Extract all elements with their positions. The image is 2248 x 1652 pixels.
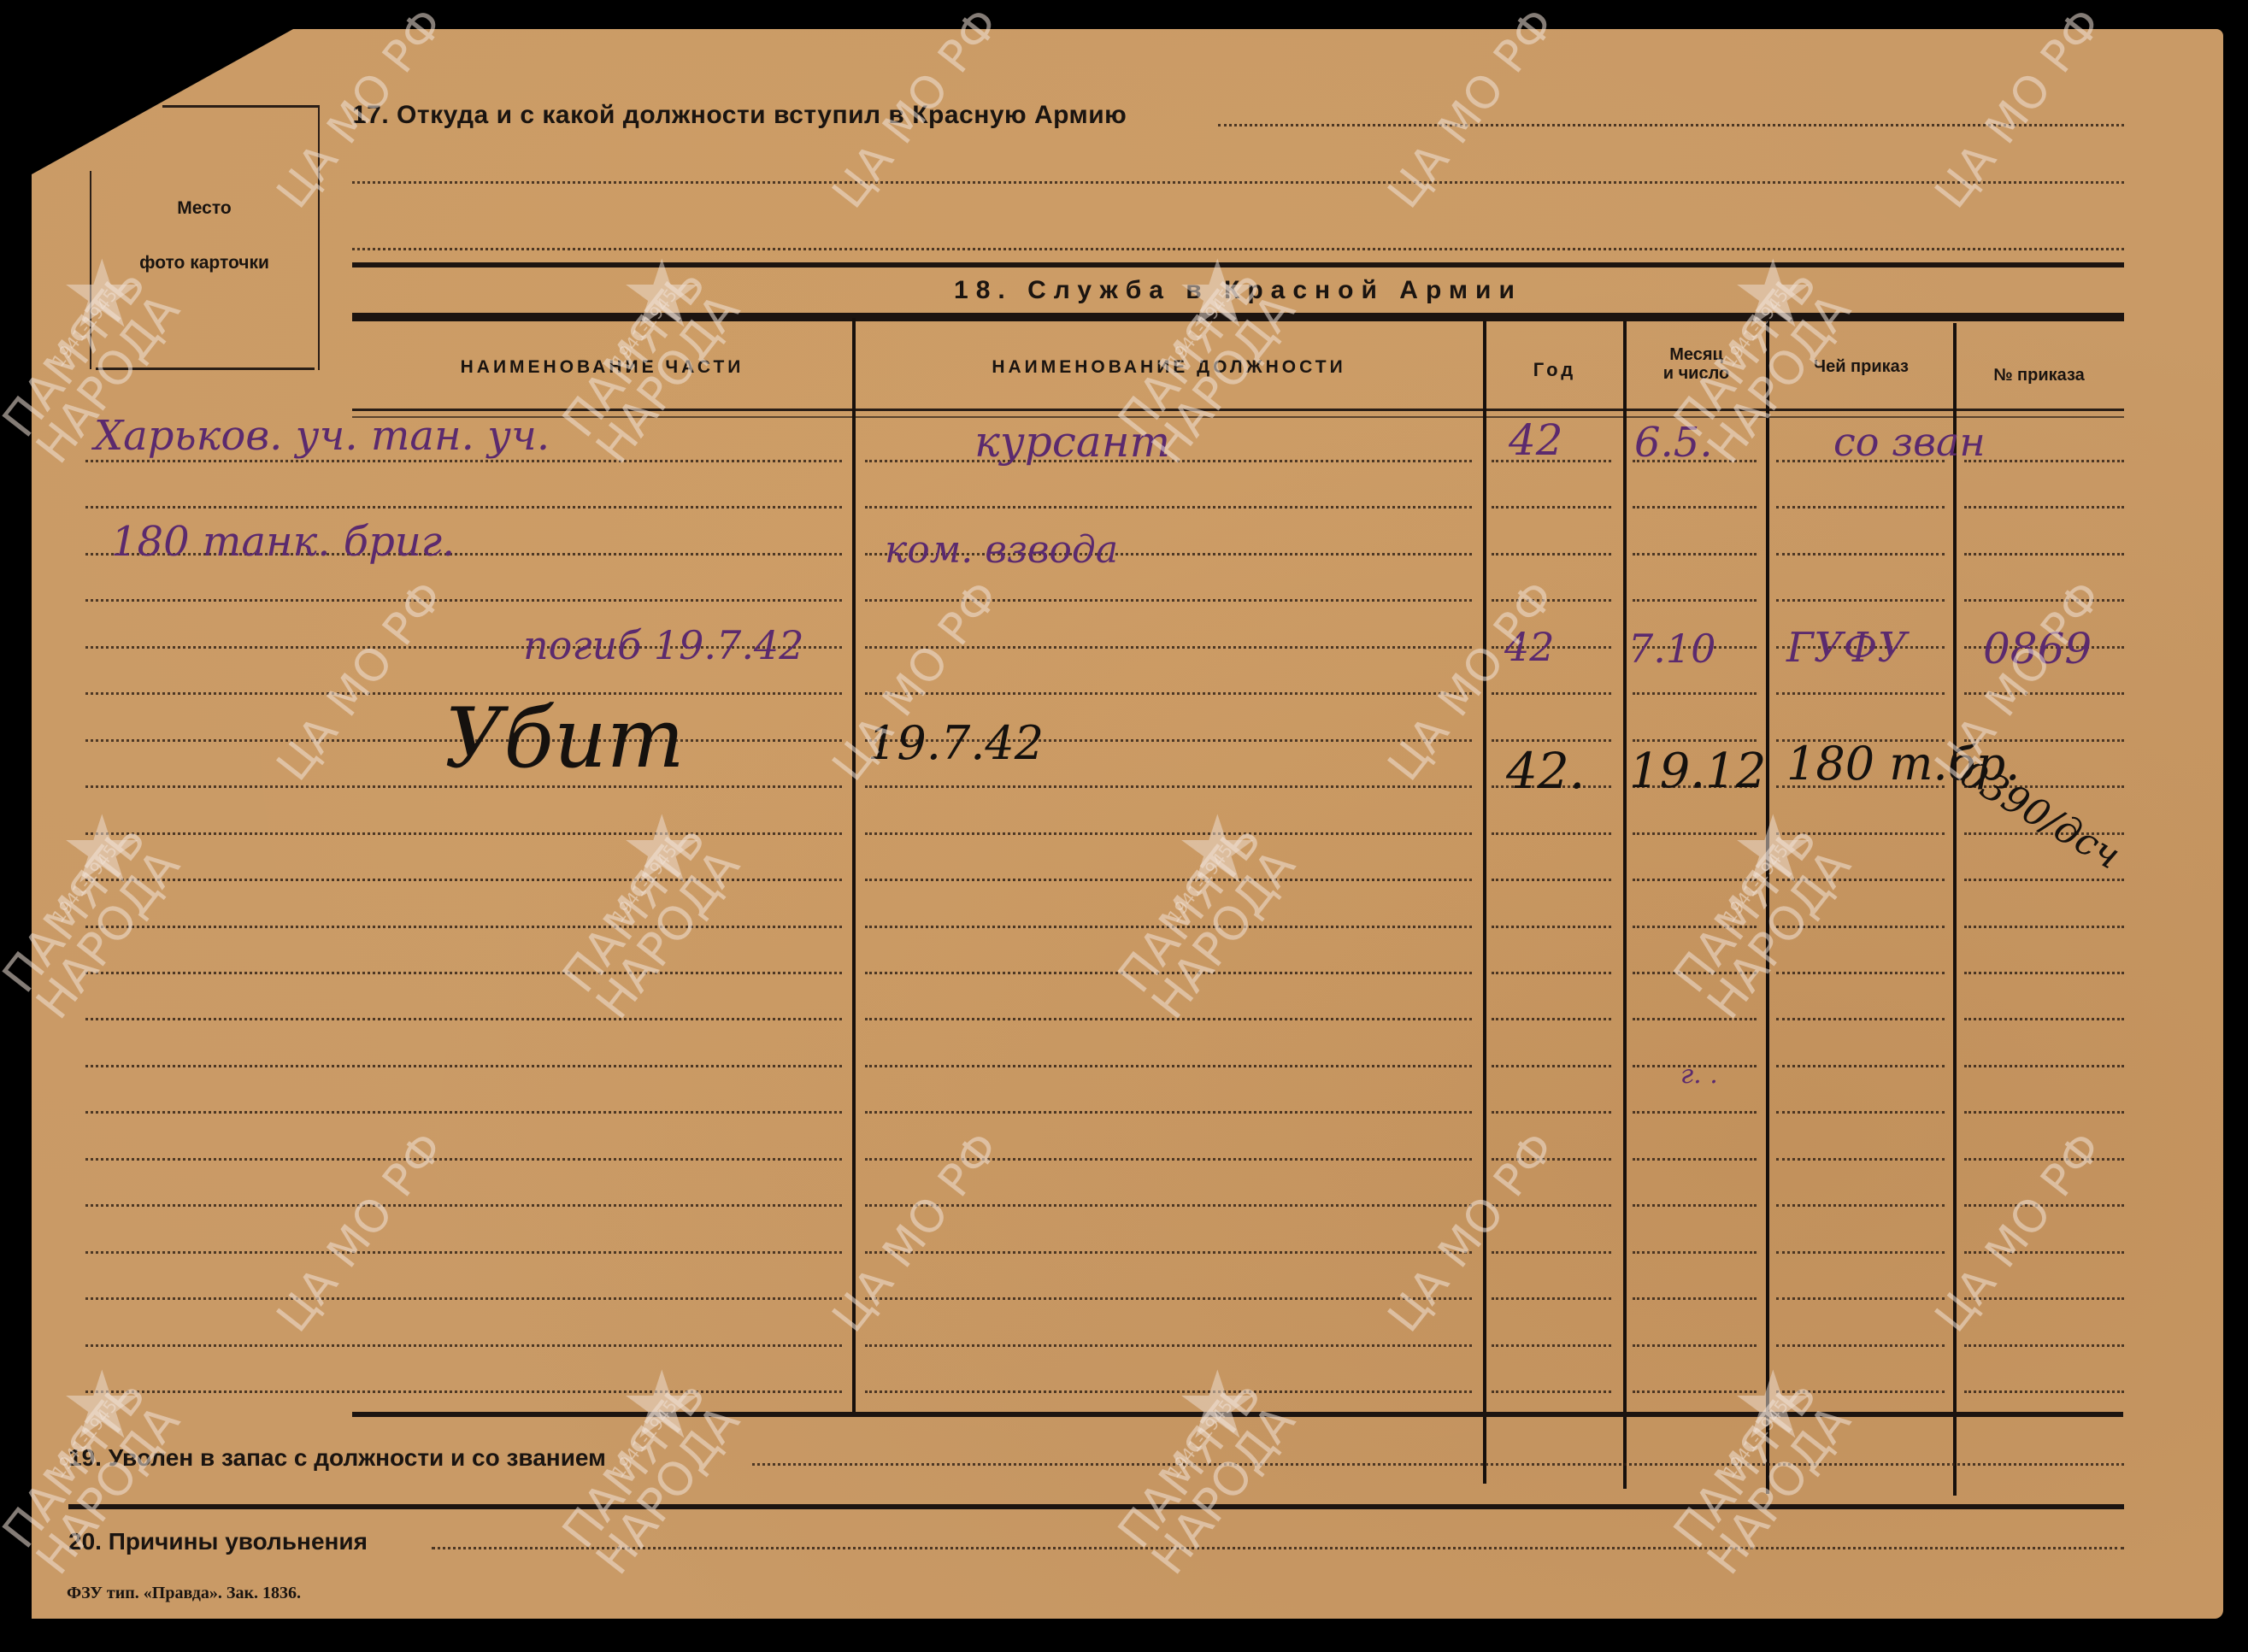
item19-label: 19. Уволен в запас с должности и со зван… (68, 1444, 606, 1472)
row-dotted-line (85, 972, 842, 974)
column-header-unit: НАИМЕНОВАНИЕ ЧАСТИ (352, 357, 852, 378)
row-dotted-line (1492, 506, 1611, 509)
row-dotted-line (1776, 1111, 1945, 1114)
column-header-year: Год (1486, 359, 1624, 381)
column-header-position: НАИМЕНОВАНИЕ ДОЛЖНОСТИ (855, 357, 1483, 378)
item17-fill-line-3 (352, 248, 2124, 250)
row-dotted-line (1776, 1204, 1945, 1207)
row-dotted-line (1964, 1158, 2124, 1161)
row-dotted-line (1776, 692, 1945, 695)
row3-order-no: 0869 (1983, 624, 2092, 673)
item17-fill-line-1 (1218, 124, 2124, 126)
row-dotted-line (1964, 553, 2124, 556)
row-dotted-line (1633, 692, 1757, 695)
row-dotted-line (1964, 1204, 2124, 1207)
item19-bottom-rule (68, 1504, 2124, 1509)
row-dotted-line (1492, 692, 1611, 695)
item19-fill-line (752, 1463, 2124, 1466)
row-dotted-line (1776, 1390, 1945, 1393)
row-dotted-line (1492, 599, 1611, 602)
row-dotted-line (1492, 926, 1611, 928)
row-dotted-line (1776, 972, 1945, 974)
row-dotted-line (85, 460, 842, 462)
row-dotted-line (865, 785, 1472, 788)
row-dotted-line (1776, 553, 1945, 556)
row-dotted-line (1776, 832, 1945, 835)
column-header-order-no: № приказа (1956, 366, 2122, 385)
photo-box-right-line (318, 105, 320, 370)
row-dotted-line (865, 1297, 1472, 1300)
row-dotted-line (1492, 832, 1611, 835)
row-dotted-line (865, 506, 1472, 509)
row-dotted-line (85, 879, 842, 881)
column-divider-3 (1623, 321, 1627, 1489)
photo-box-top-line (162, 105, 318, 108)
column-divider-1 (852, 318, 856, 1412)
row-dotted-line (85, 1344, 842, 1347)
row-dotted-line (1964, 972, 2124, 974)
printer-imprint: ФЗУ тип. «Правда». Зак. 1836. (67, 1584, 301, 1603)
row-dotted-line (1964, 1390, 2124, 1393)
row1-order-by: со зван (1833, 419, 1986, 465)
header-bottom-rule-2 (352, 416, 2124, 418)
row-dotted-line (85, 1297, 842, 1300)
item18-header-rule (352, 313, 2124, 321)
row3-date: 7.10 (1628, 626, 1715, 672)
row-dotted-line (1492, 1297, 1611, 1300)
row-dotted-line (1492, 1018, 1611, 1020)
item17-fill-line-2 (352, 181, 2124, 184)
row-dotted-line (85, 1158, 842, 1161)
row-dotted-line (85, 1018, 842, 1020)
row-dotted-line (1776, 1158, 1945, 1161)
column-header-month-line2: и число (1626, 364, 1767, 383)
row-dotted-line (1633, 506, 1757, 509)
row-dotted-line (1776, 599, 1945, 602)
row-dotted-line (1964, 1018, 2124, 1020)
row-dotted-line (85, 832, 842, 835)
row-dotted-line (85, 1251, 842, 1254)
row-dotted-line (85, 1111, 842, 1114)
row-dotted-line (85, 1204, 842, 1207)
row-dotted-line (1776, 1297, 1945, 1300)
row-dotted-line (85, 506, 842, 509)
row-dotted-line (865, 1111, 1472, 1114)
photo-box-label-line1: Место (90, 198, 319, 219)
column-header-order-by: Чей приказ (1769, 357, 1953, 376)
row-dotted-line (1633, 832, 1757, 835)
row-dotted-line (865, 1204, 1472, 1207)
row-dotted-line (1964, 1297, 2124, 1300)
row-dotted-line (85, 926, 842, 928)
row-dotted-line (1964, 1251, 2124, 1254)
row-dotted-line (1776, 879, 1945, 881)
row-dotted-line (865, 1018, 1472, 1020)
row-dotted-line (1964, 879, 2124, 881)
row-dotted-line (1492, 1065, 1611, 1067)
row-dotted-line (1964, 460, 2124, 462)
row-dotted-line (1492, 1111, 1611, 1114)
row1-year: 42 (1509, 415, 1563, 465)
row-dotted-line (865, 692, 1472, 695)
row-dotted-line (1776, 1018, 1945, 1020)
row4-date: 19.12 (1629, 744, 1766, 799)
row4-year: 42. (1506, 742, 1585, 800)
row-dotted-line (865, 1390, 1472, 1393)
row-dotted-line (1633, 1158, 1757, 1161)
row2-position: ком. взвода (885, 528, 1118, 572)
row-dotted-line (865, 1251, 1472, 1254)
row-dotted-line (1633, 879, 1757, 881)
row-dotted-line (1633, 1297, 1757, 1300)
row-dotted-line (1633, 599, 1757, 602)
row-dotted-line (1633, 1204, 1757, 1207)
row-dotted-line (85, 1065, 842, 1067)
item18-top-rule (352, 262, 2124, 267)
row-dotted-line (865, 1065, 1472, 1067)
row3-year: 42 (1504, 624, 1555, 670)
row-dotted-line (865, 879, 1472, 881)
row-dotted-line (1633, 739, 1757, 742)
row-dotted-line (1492, 879, 1611, 881)
row-dotted-line (865, 926, 1472, 928)
row-dotted-line (1964, 599, 2124, 602)
row-dotted-line (1776, 1065, 1945, 1067)
row-dotted-line (1633, 1344, 1757, 1347)
row-dotted-line (85, 599, 842, 602)
row3-order-by: ГУФУ (1786, 624, 1907, 672)
row-dotted-line (1964, 692, 2124, 695)
stray-ink-marks: г. . (1680, 1060, 1718, 1090)
row-dotted-line (1633, 1390, 1757, 1393)
row-dotted-line (1492, 1251, 1611, 1254)
row-dotted-line (1776, 506, 1945, 509)
column-divider-5 (1953, 323, 1957, 1496)
row1-unit: Харьков. уч. тан. уч. (94, 412, 550, 460)
item18-title: 18. Служба в Красной Армии (352, 276, 2124, 305)
row-dotted-line (1633, 1111, 1757, 1114)
row-dotted-line (1492, 1158, 1611, 1161)
row-dotted-line (1492, 972, 1611, 974)
row-dotted-line (865, 646, 1472, 649)
row-dotted-line (865, 972, 1472, 974)
row1-position: курсант (974, 417, 1170, 467)
row-dotted-line (1776, 1344, 1945, 1347)
row1-date: 6.5. (1634, 419, 1713, 467)
row-dotted-line (865, 1158, 1472, 1161)
row-dotted-line (1964, 1344, 2124, 1347)
row-dotted-line (1492, 1204, 1611, 1207)
row-dotted-line (1492, 1344, 1611, 1347)
row-dotted-line (85, 1390, 842, 1393)
row3-note: погиб 19.7.42 (523, 622, 803, 668)
row-dotted-line (1776, 1251, 1945, 1254)
row-dotted-line (865, 1344, 1472, 1347)
row4-date-of-death: 19.7.42 (868, 716, 1044, 770)
row-dotted-line (1633, 553, 1757, 556)
row4-killed-note: Убит (444, 691, 685, 786)
header-bottom-rule-1 (352, 409, 2124, 411)
row-dotted-line (1633, 926, 1757, 928)
row-dotted-line (1633, 972, 1757, 974)
row-dotted-line (1492, 553, 1611, 556)
item20-fill-line (432, 1547, 2124, 1549)
column-header-month-day: Месяц и число (1626, 345, 1767, 383)
row-dotted-line (1964, 1065, 2124, 1067)
row-dotted-line (865, 599, 1472, 602)
row-dotted-line (1776, 926, 1945, 928)
row2-unit: 180 танк. бриг. (111, 518, 455, 566)
row-dotted-line (1633, 1251, 1757, 1254)
row-dotted-line (865, 832, 1472, 835)
personnel-card-page (32, 29, 2223, 1619)
row-dotted-line (1492, 1390, 1611, 1393)
photo-box-bottom-line (96, 367, 315, 370)
table-bottom-rule (352, 1412, 2123, 1417)
row-dotted-line (1964, 926, 2124, 928)
row-dotted-line (1633, 1018, 1757, 1020)
photo-box-label-line2: фото карточки (90, 253, 319, 273)
column-divider-2 (1483, 321, 1486, 1484)
row-dotted-line (1964, 506, 2124, 509)
item20-label: 20. Причины увольнения (68, 1528, 368, 1555)
item17-label: 17. Откуда и с какой должности вступил в… (352, 101, 1127, 130)
column-divider-4 (1766, 321, 1769, 1494)
column-header-month-line1: Месяц (1626, 345, 1767, 364)
row-dotted-line (1964, 1111, 2124, 1114)
